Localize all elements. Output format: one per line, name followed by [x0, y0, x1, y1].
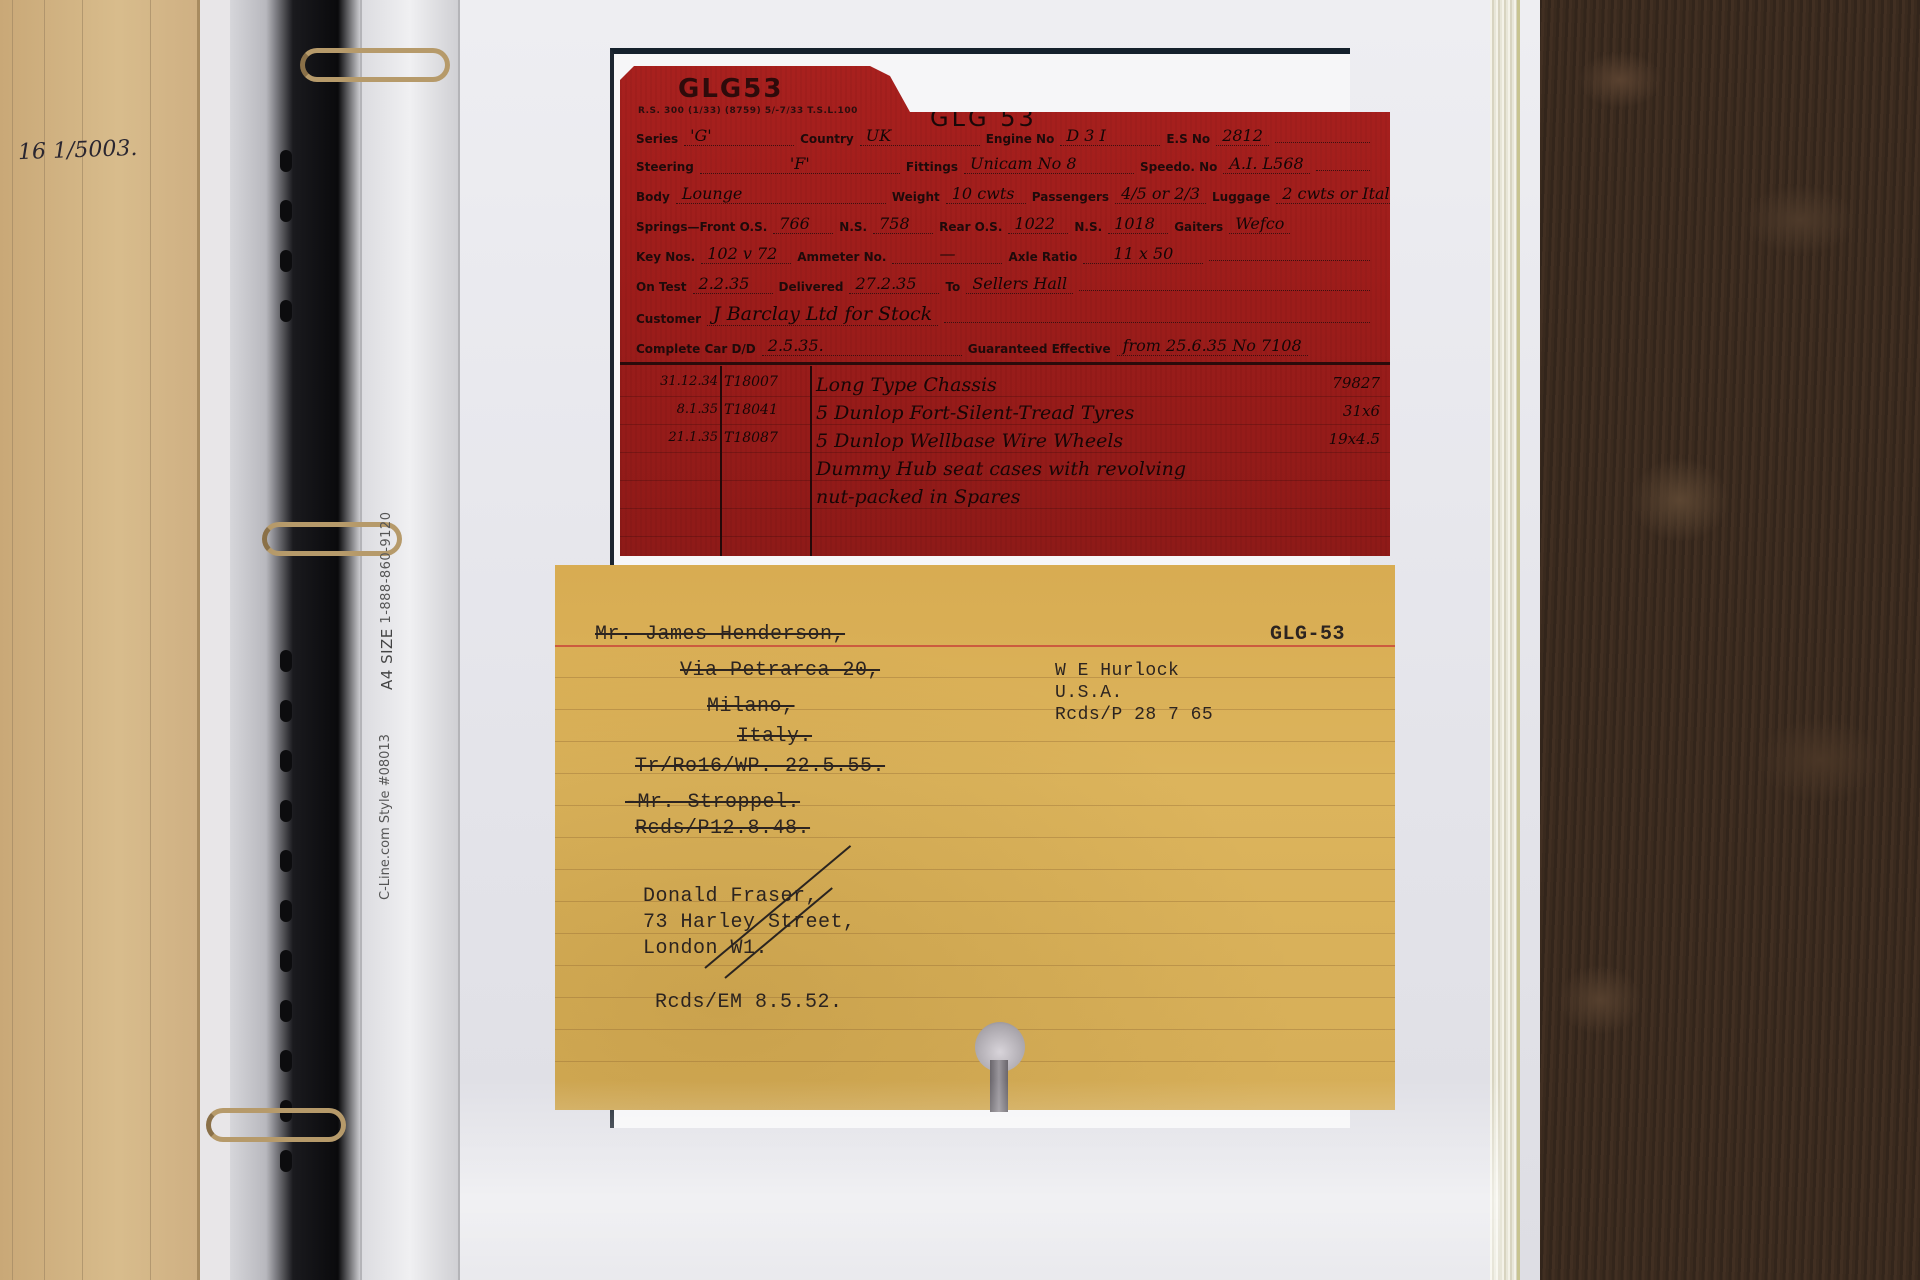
sleeve-phone-text: 1-888-860-9120 — [379, 512, 394, 624]
speedo-label: Speedo. No — [1140, 160, 1217, 174]
row-ontest: On Test 2.2.35 Delivered 27.2.35 To Sell… — [636, 266, 1370, 294]
springs-front-ns-label: N.S. — [839, 220, 867, 234]
complete-car-value: 2.5.35. — [762, 336, 962, 356]
series-label: Series — [636, 132, 678, 146]
to-label: To — [945, 280, 960, 294]
current-owner-record: Rcds/P 28 7 65 — [1055, 705, 1213, 725]
entry-ref: T18041 — [724, 402, 804, 418]
row-series: Series 'G' Country UK Engine No D 3 I E.… — [636, 118, 1370, 146]
es-value: 2812 — [1216, 126, 1269, 146]
ontest-value: 2.2.35 — [693, 274, 773, 294]
card-divider — [620, 362, 1390, 365]
carpet-background — [1500, 0, 1920, 1280]
series-value: 'G' — [684, 126, 794, 146]
entry-ref: T18007 — [724, 374, 804, 390]
customer-value: J Barclay Ltd for Stock — [707, 303, 938, 326]
weight-label: Weight — [892, 190, 940, 204]
entry-date: 21.1.35 — [626, 430, 718, 445]
speedo-value: A.I. L568 — [1223, 154, 1309, 174]
body-value: Lounge — [676, 184, 886, 204]
row-springs: Springs—Front O.S. 766 N.S. 758 Rear O.S… — [636, 206, 1370, 234]
row-body: Body Lounge Weight 10 cwts Passengers 4/… — [636, 176, 1370, 204]
fittings-label: Fittings — [906, 160, 958, 174]
binder-ring-bottom — [206, 1108, 346, 1142]
binder-ring-top — [300, 48, 450, 82]
ammeter-value: — — [892, 244, 1002, 264]
entry-description: 5 Dunlop Fort-Silent-Tread Tyres — [816, 402, 1134, 424]
gaiters-value: Wefco — [1229, 214, 1290, 234]
entry-row: 21.1.35T180875 Dunlop Wellbase Wire Whee… — [620, 430, 1390, 458]
current-owner-name: W E Hurlock — [1055, 661, 1179, 681]
country-label: Country — [800, 132, 854, 146]
engine-label: Engine No — [986, 132, 1055, 146]
delivered-value: 27.2.35 — [849, 274, 939, 294]
ammeter-label: Ammeter No. — [797, 250, 886, 264]
struck-owner-line: Mr. James Henderson, — [595, 623, 845, 646]
entry-size: 19x4.5 — [1329, 430, 1380, 448]
sleeve-punch-holes — [280, 0, 294, 1280]
springs-front-os-label: Springs—Front O.S. — [636, 220, 767, 234]
body-label: Body — [636, 190, 670, 204]
gaiters-label: Gaiters — [1174, 220, 1223, 234]
entry-date: 8.1.35 — [626, 402, 718, 417]
sleeve-size-label: A4 SIZE 1-888-860-9120 — [378, 430, 438, 690]
complete-car-label: Complete Car D/D — [636, 342, 756, 356]
customer-label: Customer — [636, 312, 701, 326]
steering-label: Steering — [636, 160, 694, 174]
luggage-value: 2 cwts or Ital — [1276, 184, 1395, 204]
engine-value: D 3 I — [1060, 126, 1160, 146]
steering-value: 'F' — [700, 154, 900, 174]
entry-size: 79827 — [1332, 374, 1380, 392]
passengers-label: Passengers — [1032, 190, 1109, 204]
entry-size: 31x6 — [1343, 402, 1380, 420]
ledger-handwritten-note: 16 1/5003. — [18, 136, 138, 165]
struck-record-line: Tr/Ro16/WP. 22.5.55. — [635, 755, 885, 778]
entry-ref: T18087 — [724, 430, 804, 446]
fittings-value: Unicam No 8 — [964, 154, 1134, 174]
entry-row: 8.1.35T180415 Dunlop Fort-Silent-Tread T… — [620, 402, 1390, 430]
sleeve-brand-text: C-Line.com — [378, 827, 393, 900]
country-value: UK — [860, 126, 980, 146]
delivered-label: Delivered — [779, 280, 844, 294]
current-owner-country: U.S.A. — [1055, 683, 1123, 703]
entry-description: nut-packed in Spares — [816, 486, 1021, 508]
springs-rear-os-label: Rear O.S. — [939, 220, 1002, 234]
chassis-record-card: GLG53 R.S. 300 (1/33) (8759) 5/-7/33 T.S… — [620, 66, 1390, 556]
springs-front-ns-value: 758 — [873, 214, 933, 234]
weight-value: 10 cwts — [946, 184, 1026, 204]
to-value: Sellers Hall — [966, 274, 1073, 294]
row-complete: Complete Car D/D 2.5.35. Guaranteed Effe… — [636, 328, 1370, 356]
sleeve-size-text: A4 SIZE — [378, 628, 396, 690]
springs-rear-ns-value: 1018 — [1108, 214, 1168, 234]
entry-date: 31.12.34 — [626, 374, 718, 389]
row-steering: Steering 'F' Fittings Unicam No 8 Speedo… — [636, 146, 1370, 174]
entry-row: 31.12.34T18007Long Type Chassis79827 — [620, 374, 1390, 402]
guaranteed-label: Guaranteed Effective — [968, 342, 1111, 356]
row-keynos: Key Nos. 102 v 72 Ammeter No. — Axle Rat… — [636, 236, 1370, 264]
form-reference: R.S. 300 (1/33) (8759) 5/-7/33 T.S.L.100 — [638, 106, 858, 116]
row-customer: Customer J Barclay Ltd for Stock — [636, 298, 1370, 326]
keynos-label: Key Nos. — [636, 250, 695, 264]
entry-description: 5 Dunlop Wellbase Wire Wheels — [816, 430, 1123, 452]
guaranteed-value: from 25.6.35 No 7108 — [1117, 336, 1308, 356]
passengers-value: 4/5 or 2/3 — [1115, 184, 1206, 204]
card-tab-code: GLG53 — [678, 74, 783, 104]
sleeve-brand-label: C-Line.com Style #08013 — [378, 700, 438, 900]
entry-row: Dummy Hub seat cases with revolving — [620, 458, 1390, 486]
struck-owner-line: Via Petrarca 20, — [680, 659, 880, 682]
sleeve-style-text: Style #08013 — [378, 734, 393, 823]
es-label: E.S No — [1166, 132, 1210, 146]
sheet-protector-glare — [460, 1080, 1500, 1280]
chassis-number: GLG-53 — [1270, 623, 1345, 646]
axle-ratio-value: 11 x 50 — [1083, 244, 1203, 264]
struck-record-line: Rcds/P12.8.48. — [635, 817, 810, 840]
struck-owner-line: Italy. — [737, 725, 812, 748]
entry-description: Dummy Hub seat cases with revolving — [816, 458, 1186, 480]
struck-owner-line: Milano, — [707, 695, 795, 718]
springs-rear-os-value: 1022 — [1008, 214, 1068, 234]
ledger-page: 16 1/5003. — [0, 0, 200, 1280]
component-entries-table: 31.12.34T18007Long Type Chassis798278.1.… — [620, 366, 1390, 556]
struck-owner-line: -Mr. Stroppel. — [625, 791, 800, 814]
ontest-label: On Test — [636, 280, 687, 294]
springs-rear-ns-label: N.S. — [1074, 220, 1102, 234]
springs-front-os-value: 766 — [773, 214, 833, 234]
entry-row: nut-packed in Spares — [620, 486, 1390, 514]
luggage-label: Luggage — [1212, 190, 1270, 204]
entry-description: Long Type Chassis — [816, 374, 997, 396]
axle-ratio-label: Axle Ratio — [1008, 250, 1077, 264]
record-note: Rcds/EM 8.5.52. — [655, 991, 843, 1014]
owner-history-card: GLG-53 Mr. James Henderson, Via Petrarca… — [555, 565, 1395, 1110]
keynos-value: 102 v 72 — [701, 244, 791, 264]
